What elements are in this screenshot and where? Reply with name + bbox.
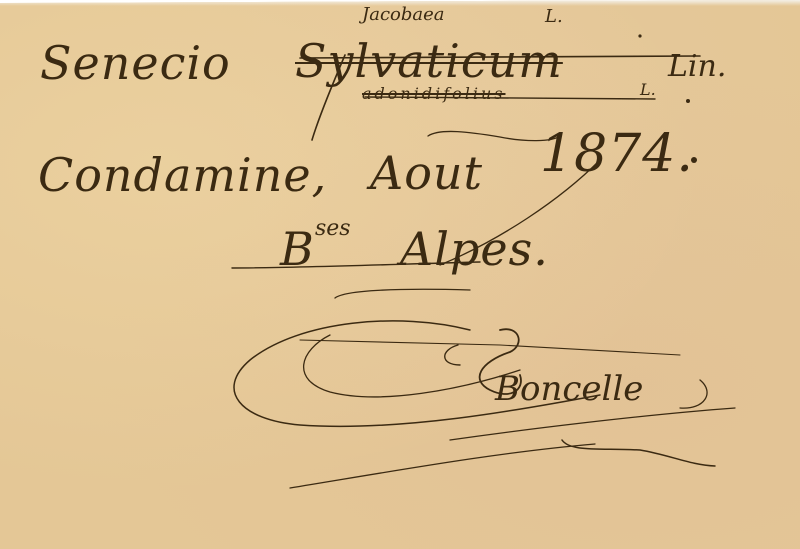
genus-text: Senecio [40, 40, 231, 86]
region-name-text: Alpes. [400, 226, 549, 272]
species-struck-text: Sylvaticum [295, 38, 563, 84]
region-superscript-text: ses [315, 218, 351, 240]
annotation-above-text: Jacobaea [362, 6, 445, 24]
annotation-above-authority: L. [545, 8, 563, 26]
locality-text: Condamine, [38, 152, 327, 198]
species-authority-text: Lin. [668, 52, 726, 82]
annotation-below-struck-text: adonidifolius [362, 86, 506, 102]
date-month-text: Aout [370, 150, 483, 196]
herbarium-label-paper: Senecio Sylvaticum Lin. Jacobaea L. adon… [0, 0, 800, 549]
region-prefix-text: B [280, 226, 315, 272]
date-year-text: 1874. [540, 128, 694, 180]
collector-signature-text: Boncelle [495, 372, 643, 406]
annotation-below-authority: L. [640, 82, 656, 98]
